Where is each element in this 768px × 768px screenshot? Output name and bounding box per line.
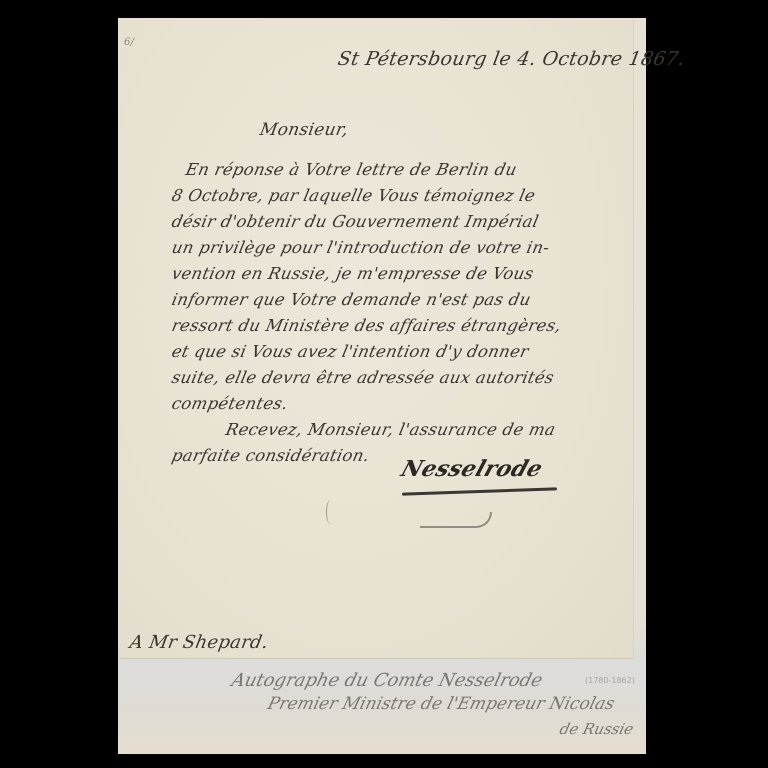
closing-line: Recevez, Monsieur, l'assurance de ma <box>224 420 557 439</box>
body-line: un privilège pour l'introduction de votr… <box>170 238 551 257</box>
corner-pencil-mark: 6/ <box>124 37 134 48</box>
salutation: Monsieur, <box>258 120 350 140</box>
stray-ink-mark <box>326 500 335 524</box>
signature: Nesselrode <box>398 456 546 482</box>
pencil-annotation-dates: (1780-1862) <box>585 676 635 685</box>
body-line: En réponse à Votre lettre de Berlin du <box>184 160 519 179</box>
letter-sheet: 6/ St Pétersbourg le 4. Octobre 1867. Mo… <box>120 20 634 659</box>
closing-line: parfaite considération. <box>170 446 371 465</box>
addressee: A Mr Shepard. <box>128 632 270 653</box>
signature-flourish <box>420 512 492 528</box>
signature-underline <box>402 487 557 495</box>
body-line: désir d'obtenir du Gouvernement Impérial <box>170 212 540 231</box>
pencil-annotation-line-1: Autographe du Comte Nesselrode <box>229 670 544 691</box>
pencil-annotation-line-2: Premier Ministre de l'Empereur Nicolas <box>266 694 617 714</box>
body-line: informer que Votre demande n'est pas du <box>170 290 533 309</box>
document-photo: 6/ St Pétersbourg le 4. Octobre 1867. Mo… <box>0 0 768 768</box>
body-line: vention en Russie, je m'empresse de Vous <box>170 264 536 283</box>
body-line: ressort du Ministère des affaires étrang… <box>170 316 563 335</box>
pencil-annotation-line-3: de Russie <box>558 720 636 738</box>
body-line: compétentes. <box>170 394 290 413</box>
dateline: St Pétersbourg le 4. Octobre 1867. <box>336 48 687 70</box>
body-line: 8 Octobre, par laquelle Vous témoignez l… <box>170 186 537 205</box>
body-line: et que si Vous avez l'intention d'y donn… <box>170 342 531 361</box>
body-line: suite, elle devra être adressée aux auto… <box>170 368 556 387</box>
